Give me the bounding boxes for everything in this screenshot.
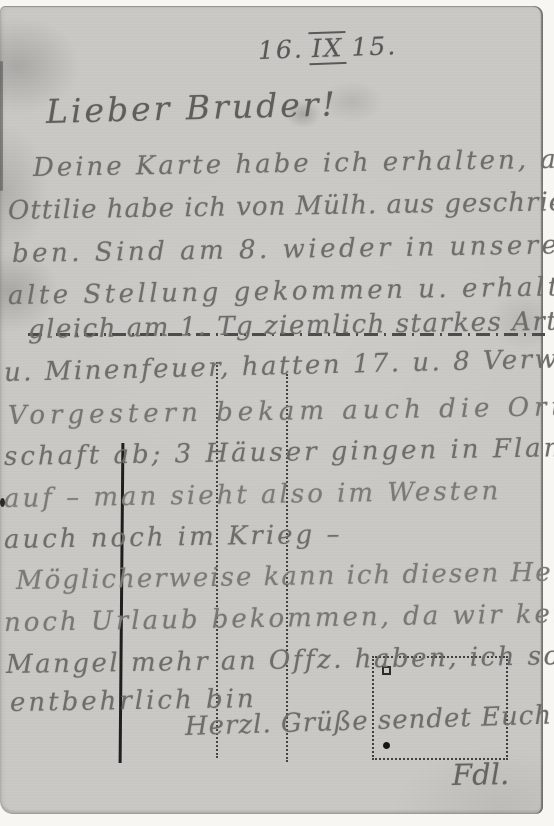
left-edge-smudge: [0, 61, 3, 191]
handwriting-line-10: auch noch im Krieg –: [4, 520, 343, 555]
date-line: 16.IX15.: [257, 31, 397, 65]
date-year: 15.: [351, 31, 398, 62]
salutation: Lieber Bruder!: [45, 84, 338, 131]
postcard-paper: 16.IX15. Lieber Bruder! Deine Karte habe…: [0, 6, 543, 814]
pinhole-mark-bottom: [383, 742, 390, 749]
scanned-postcard-image: 16.IX15. Lieber Bruder! Deine Karte habe…: [0, 0, 554, 826]
date-month-roman-numeral: IX: [308, 31, 347, 65]
date-day: 16.: [257, 34, 304, 65]
signature: Fdl.: [452, 757, 510, 792]
